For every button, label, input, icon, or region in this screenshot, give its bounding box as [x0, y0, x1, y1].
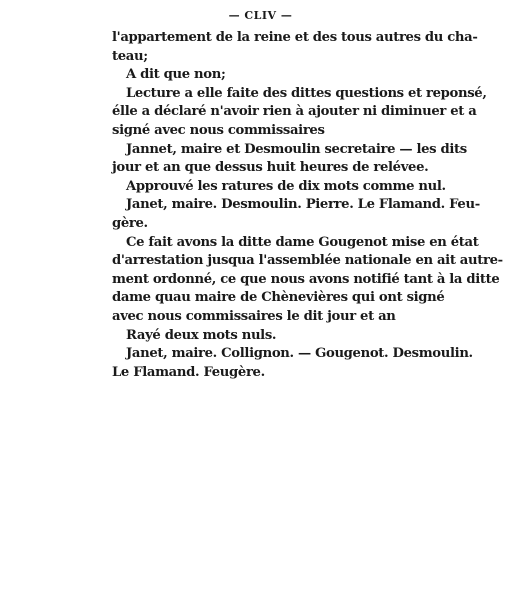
body-text: l'appartement de la reine et des tous au… [112, 29, 414, 382]
text-line: dame quau maire de Chènevières qui ont s… [112, 289, 414, 308]
text-line: Approuvé les ratures de dix mots comme n… [112, 178, 414, 197]
text-line: élle a déclaré n'avoir rien à ajouter ni… [112, 103, 414, 122]
page-number-header: — CLIV — [0, 9, 521, 22]
text-line: Lecture a elle faite des dittes question… [112, 85, 414, 104]
text-line: signé avec nous commissaires [112, 122, 414, 141]
text-line: d'arrestation jusqua l'assemblée nationa… [112, 252, 414, 271]
text-line: gère. [112, 215, 414, 234]
text-line: jour et an que dessus huit heures de rel… [112, 159, 414, 178]
text-line: Rayé deux mots nuls. [112, 327, 414, 346]
text-line: avec nous commissaires le dit jour et an [112, 308, 414, 327]
text-line: Ce fait avons la ditte dame Gougenot mis… [112, 234, 414, 253]
text-line: Le Flamand. Feugère. [112, 364, 414, 383]
text-line: A dit que non; [112, 66, 414, 85]
text-line: l'appartement de la reine et des tous au… [112, 29, 414, 48]
text-line: Janet, maire. Desmoulin. Pierre. Le Flam… [112, 196, 414, 215]
text-line: teau; [112, 48, 414, 67]
text-line: Janet, maire. Collignon. — Gougenot. Des… [112, 345, 414, 364]
text-line: ment ordonné, ce que nous avons notifié … [112, 271, 414, 290]
text-line: Jannet, maire et Desmoulin secretaire — … [112, 141, 414, 160]
